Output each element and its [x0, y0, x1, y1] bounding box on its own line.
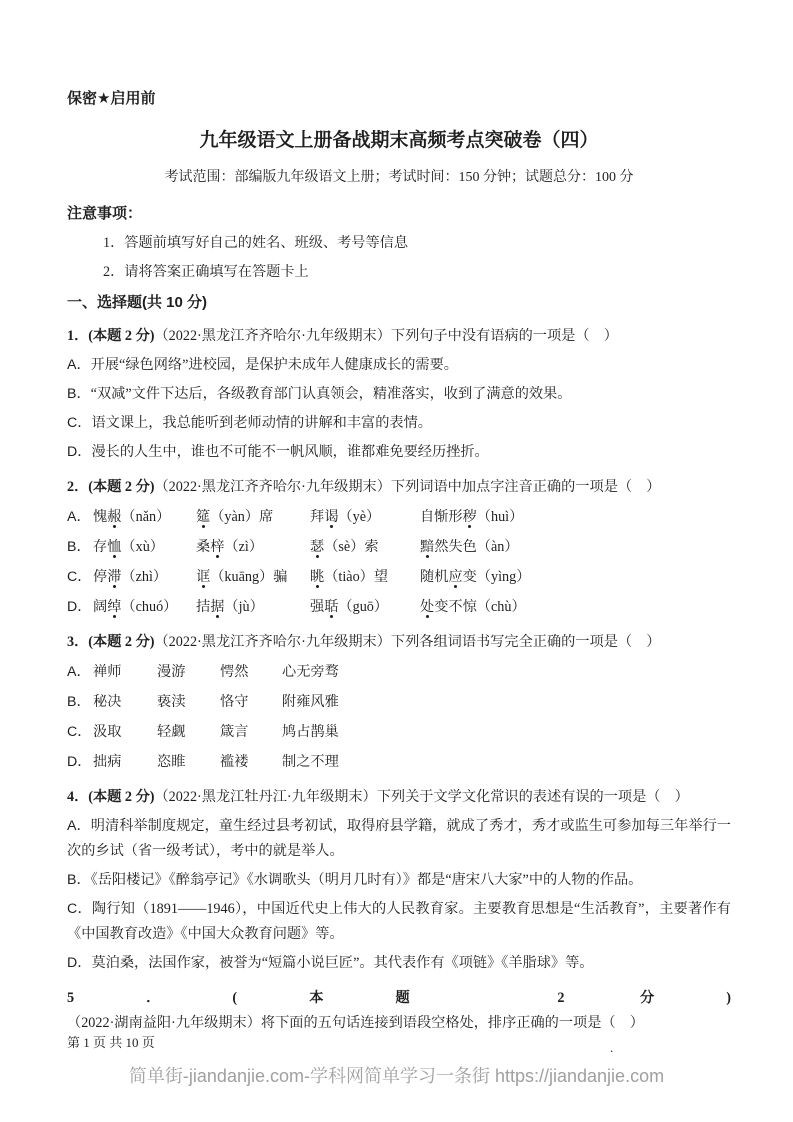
- emphasized-char: 诓: [196, 569, 210, 585]
- option-text: 莫泊桑，法国作家，被誉为“短篇小说巨匠”。其代表作有《项链》《羊脂球》等。: [91, 955, 593, 971]
- question-1-option-D: D．漫长的人生中，谁也不可能不一帆风顺，谁都难免要经历挫折。: [67, 440, 731, 465]
- question-4-stem: 4．(本题 2 分)（2022·黑龙江牡丹江·九年级期末）下列关于文学文化常识的…: [67, 785, 731, 810]
- watermark-text: 简单街-jiandanjie.com-学科网简单学习一条街 https://ji…: [0, 1064, 793, 1088]
- option-item: 褴褛: [220, 750, 282, 775]
- question-stem-text: （2022·黑龙江牡丹江·九年级期末）下列关于文学文化常识的表述有误的一项是（ …: [154, 789, 688, 805]
- question-2-stem: 2．(本题 2 分)（2022·黑龙江齐齐哈尔·九年级期末）下列词语中加点字注音…: [67, 475, 731, 500]
- question-number-label: 3．(本题 2 分): [67, 634, 154, 650]
- question-number-label: 5．(本题 2 分): [67, 990, 731, 1006]
- question-1-option-C: C．语文课上，我总能听到老师动情的讲解和丰富的表情。: [67, 411, 731, 436]
- option-letter: D．: [67, 444, 91, 460]
- question-5-stem: 5．(本题 2 分)（2022·湖南益阳·九年级期末）将下面的五句话连接到语段空…: [67, 986, 731, 1036]
- option-item: 鸠占鹊巢: [282, 720, 731, 745]
- emphasized-char: 滞: [107, 569, 121, 585]
- question-4-option-D: D．莫泊桑，法国作家，被誉为“短篇小说巨匠”。其代表作有《项链》《羊脂球》等。: [67, 951, 731, 976]
- option-text: 语文课上，我总能听到老师动情的讲解和丰富的表情。: [91, 415, 432, 431]
- question-number-label: 4．(本题 2 分): [67, 789, 154, 805]
- option-item: 眺（tiào）望: [310, 565, 420, 590]
- question-3: 3．(本题 2 分)（2022·黑龙江齐齐哈尔·九年级期末）下列各组词语书写完全…: [67, 630, 731, 775]
- stray-period-mark: .: [610, 1038, 613, 1058]
- question-4-option-C: C．陶行知（1891——1946），中国近代史上伟大的人民教育家。主要教育思想是…: [67, 897, 731, 947]
- option-letter: D．: [67, 595, 93, 620]
- option-item: 轻觑: [157, 720, 220, 745]
- option-item: 拜谒（yè）: [310, 505, 420, 530]
- question-2: 2．(本题 2 分)（2022·黑龙江齐齐哈尔·九年级期末）下列词语中加点字注音…: [67, 475, 731, 620]
- exam-title: 九年级语文上册备战期末高频考点突破卷（四）: [67, 127, 731, 155]
- option-letter: C．: [67, 415, 91, 431]
- option-text: “双减”文件下达后，各级教育部门认真领会，精准落实，收到了满意的效果。: [91, 386, 572, 402]
- emphasized-char: 筵: [196, 509, 210, 525]
- emphasized-char: 黯: [420, 539, 434, 555]
- question-number-label: 2．(本题 2 分): [67, 479, 154, 495]
- option-item: 秘决: [93, 690, 157, 715]
- option-item: 制之不理: [282, 750, 731, 775]
- option-item: 阔绰（chuó）: [93, 595, 196, 620]
- question-5: 5．(本题 2 分)（2022·湖南益阳·九年级期末）将下面的五句话连接到语段空…: [67, 986, 731, 1036]
- option-item: 瑟（sè）索: [310, 535, 420, 560]
- option-item: 禅师: [93, 660, 157, 685]
- option-item: 拮据（jù）: [196, 595, 310, 620]
- option-letter: A．: [67, 357, 91, 373]
- question-2-option-row-B: B．存恤（xù）桑梓（zì）瑟（sè）索黯然失色（àn）: [67, 535, 731, 560]
- emphasized-char: 处: [420, 599, 434, 615]
- exam-info: 考试范围：部编版九年级语文上册；考试时间：150 分钟；试题总分：100 分: [67, 167, 731, 189]
- option-text: 陶行知（1891——1946），中国近代史上伟大的人民教育家。主要教育思想是“生…: [67, 901, 731, 942]
- question-1-option-B: B．“双减”文件下达后，各级教育部门认真领会，精准落实，收到了满意的效果。: [67, 382, 731, 407]
- question-4: 4．(本题 2 分)（2022·黑龙江牡丹江·九年级期末）下列关于文学文化常识的…: [67, 785, 731, 976]
- option-letter: D．: [67, 955, 91, 971]
- section-heading-choice: 一、选择题(共 10 分): [67, 292, 731, 314]
- question-4-option-A: A．明清科举制度规定，童生经过县考初试，取得府县学籍，就成了秀才，秀才或监生可参…: [67, 814, 731, 864]
- option-item: 诓（kuāng）骗: [196, 565, 310, 590]
- option-letter: C．: [67, 720, 93, 745]
- option-letter: A．: [67, 660, 93, 685]
- option-text: 开展“绿色网络”进校园，是保护未成年人健康成长的需要。: [91, 357, 458, 373]
- emphasized-char: 聒: [324, 599, 338, 615]
- emphasized-char: 梓: [210, 539, 224, 555]
- option-item: 随机应变（yìng）: [420, 565, 731, 590]
- option-letter: B．: [67, 386, 91, 402]
- questions-container: 1．(本题 2 分)（2022·黑龙江齐齐哈尔·九年级期末）下列句子中没有语病的…: [67, 324, 731, 1036]
- security-notice: 保密★启用前: [67, 88, 731, 110]
- emphasized-char: 谒: [324, 509, 338, 525]
- question-3-option-row-A: A．禅师漫游愕然心无旁骛: [67, 660, 731, 685]
- option-item: 心无旁骛: [282, 660, 731, 685]
- notes-heading: 注意事项：: [67, 203, 731, 225]
- note-item-1: 1．答题前填写好自己的姓名、班级、考号等信息: [67, 231, 731, 256]
- option-item: 筵（yàn）席: [196, 505, 310, 530]
- option-item: 箴言: [220, 720, 282, 745]
- question-3-option-row-B: B．秘决亵渎恪守附雍风雅: [67, 690, 731, 715]
- option-item: 附雍风雅: [282, 690, 731, 715]
- option-item: 黯然失色（àn）: [420, 535, 731, 560]
- page-number-label: 第 1 页 共 10 页: [67, 1033, 155, 1053]
- question-1: 1．(本题 2 分)（2022·黑龙江齐齐哈尔·九年级期末）下列句子中没有语病的…: [67, 324, 731, 465]
- emphasized-char: 赧: [107, 509, 121, 525]
- option-letter: C．: [67, 565, 93, 590]
- option-letter: B．: [67, 690, 93, 715]
- option-letter: D．: [67, 750, 93, 775]
- question-2-option-row-C: C．停滞（zhì）诓（kuāng）骗眺（tiào）望随机应变（yìng）: [67, 565, 731, 590]
- option-letter: C．: [67, 901, 92, 917]
- option-item: 拙病: [93, 750, 157, 775]
- option-letter: A．: [67, 818, 91, 834]
- emphasized-char: 秽: [463, 509, 477, 525]
- option-item: 强聒（guō）: [310, 595, 420, 620]
- question-3-stem: 3．(本题 2 分)（2022·黑龙江齐齐哈尔·九年级期末）下列各组词语书写完全…: [67, 630, 731, 655]
- question-2-option-row-D: D．阔绰（chuó）拮据（jù）强聒（guō）处变不惊（chù）: [67, 595, 731, 620]
- question-4-option-B: B．《岳阳楼记》《醉翁亭记》《水调歌头（明月几时有）》都是“唐宋八大家”中的人物…: [67, 868, 731, 893]
- question-2-option-row-A: A．愧赧（nǎn）筵（yàn）席拜谒（yè）自惭形秽（huì）: [67, 505, 731, 530]
- option-letter: B．: [67, 872, 91, 888]
- emphasized-char: 据: [210, 599, 224, 615]
- note-item-2: 2．请将答案正确填写在答题卡上: [67, 260, 731, 285]
- emphasized-char: 眺: [310, 569, 324, 585]
- option-item: 亵渎: [157, 690, 220, 715]
- emphasized-char: 绰: [107, 599, 121, 615]
- option-item: 存恤（xù）: [93, 535, 196, 560]
- option-text: 明清科举制度规定，童生经过县考初试，取得府县学籍，就成了秀才，秀才或监生可参加每…: [67, 818, 731, 859]
- question-stem-text: （2022·黑龙江齐齐哈尔·九年级期末）下列句子中没有语病的一项是（ ）: [154, 328, 617, 344]
- option-item: 汲取: [93, 720, 157, 745]
- option-item: 处变不惊（chù）: [420, 595, 731, 620]
- question-stem-text: （2022·黑龙江齐齐哈尔·九年级期末）下列词语中加点字注音正确的一项是（ ）: [154, 479, 660, 495]
- question-3-option-row-C: C．汲取轻觑箴言鸠占鹊巢: [67, 720, 731, 745]
- question-stem-text: （2022·湖南益阳·九年级期末）将下面的五句话连接到语段空格处，排序正确的一项…: [67, 1015, 644, 1031]
- question-1-stem: 1．(本题 2 分)（2022·黑龙江齐齐哈尔·九年级期末）下列句子中没有语病的…: [67, 324, 731, 349]
- question-3-option-row-D: D．拙病恣睢褴褛制之不理: [67, 750, 731, 775]
- emphasized-char: 应: [448, 569, 462, 585]
- emphasized-char: 恤: [107, 539, 121, 555]
- question-number-label: 1．(本题 2 分): [67, 328, 154, 344]
- option-text: 《岳阳楼记》《醉翁亭记》《水调歌头（明月几时有）》都是“唐宋八大家”中的人物的作…: [91, 872, 643, 888]
- question-1-option-A: A．开展“绿色网络”进校园，是保护未成年人健康成长的需要。: [67, 353, 731, 378]
- option-letter: A．: [67, 505, 93, 530]
- option-item: 愧赧（nǎn）: [93, 505, 196, 530]
- option-item: 漫游: [157, 660, 220, 685]
- option-item: 自惭形秽（huì）: [420, 505, 731, 530]
- option-item: 愕然: [220, 660, 282, 685]
- option-item: 桑梓（zì）: [196, 535, 310, 560]
- option-text: 漫长的人生中，谁也不可能不一帆风顺，谁都难免要经历挫折。: [91, 444, 488, 460]
- exam-paper-page: 保密★启用前 九年级语文上册备战期末高频考点突破卷（四） 考试范围：部编版九年级…: [0, 0, 793, 1122]
- emphasized-char: 瑟: [310, 539, 324, 555]
- option-item: 恪守: [220, 690, 282, 715]
- option-letter: B．: [67, 535, 93, 560]
- option-item: 恣睢: [157, 750, 220, 775]
- question-stem-text: （2022·黑龙江齐齐哈尔·九年级期末）下列各组词语书写完全正确的一项是（ ）: [154, 634, 660, 650]
- option-item: 停滞（zhì）: [93, 565, 196, 590]
